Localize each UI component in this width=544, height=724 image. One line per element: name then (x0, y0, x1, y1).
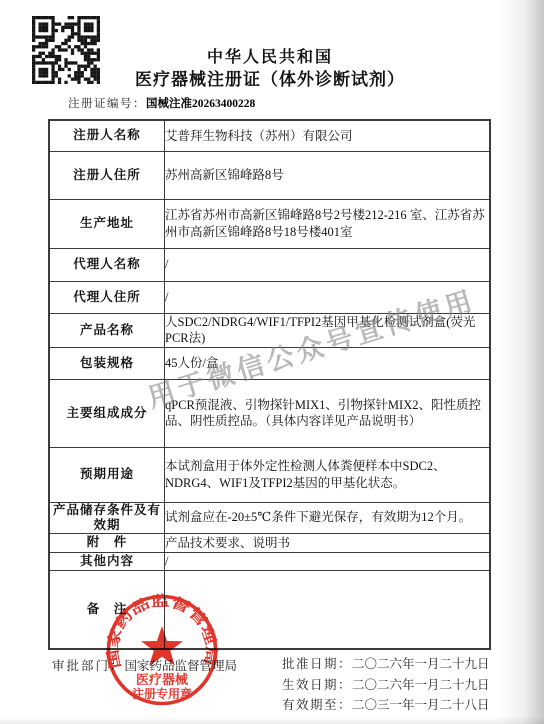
approval-date-line: 批准日期：二〇二六年一月二十九日 (282, 654, 490, 675)
stamp-line2: 注册专用章 (132, 686, 192, 701)
dates-block: 批准日期：二〇二六年一月二十九日 生效日期：二〇二六年一月二十九日 有效期至：二… (282, 654, 490, 716)
effective-date-value: 二〇二六年一月二十九日 (352, 678, 490, 692)
footer-section: 审批部门：国家药品监督管理局 批准日期：二〇二六年一月二十九日 生效日期：二〇二… (0, 0, 544, 724)
approval-date-label: 批准日期： (282, 657, 352, 671)
effective-date-line: 生效日期：二〇二六年一月二十九日 (282, 675, 490, 696)
effective-date-label: 生效日期： (282, 678, 352, 692)
expiry-date-line: 有效期至：二〇三一年一月二十八日 (282, 695, 490, 716)
expiry-date-label: 有效期至： (282, 698, 352, 712)
stamp-line1: 医疗器械 (136, 672, 189, 687)
approval-date-value: 二〇二六年一月二十九日 (352, 657, 490, 671)
star-icon (141, 626, 183, 666)
certificate-page: 中华人民共和国 医疗器械注册证（体外诊断试剂） 注册证编号：国械注准202634… (0, 0, 544, 724)
expiry-date-value: 二〇三一年一月二十八日 (352, 698, 490, 712)
official-seal-stamp: 国家药品监督管理局 医疗器械 注册专用章 (105, 593, 219, 707)
